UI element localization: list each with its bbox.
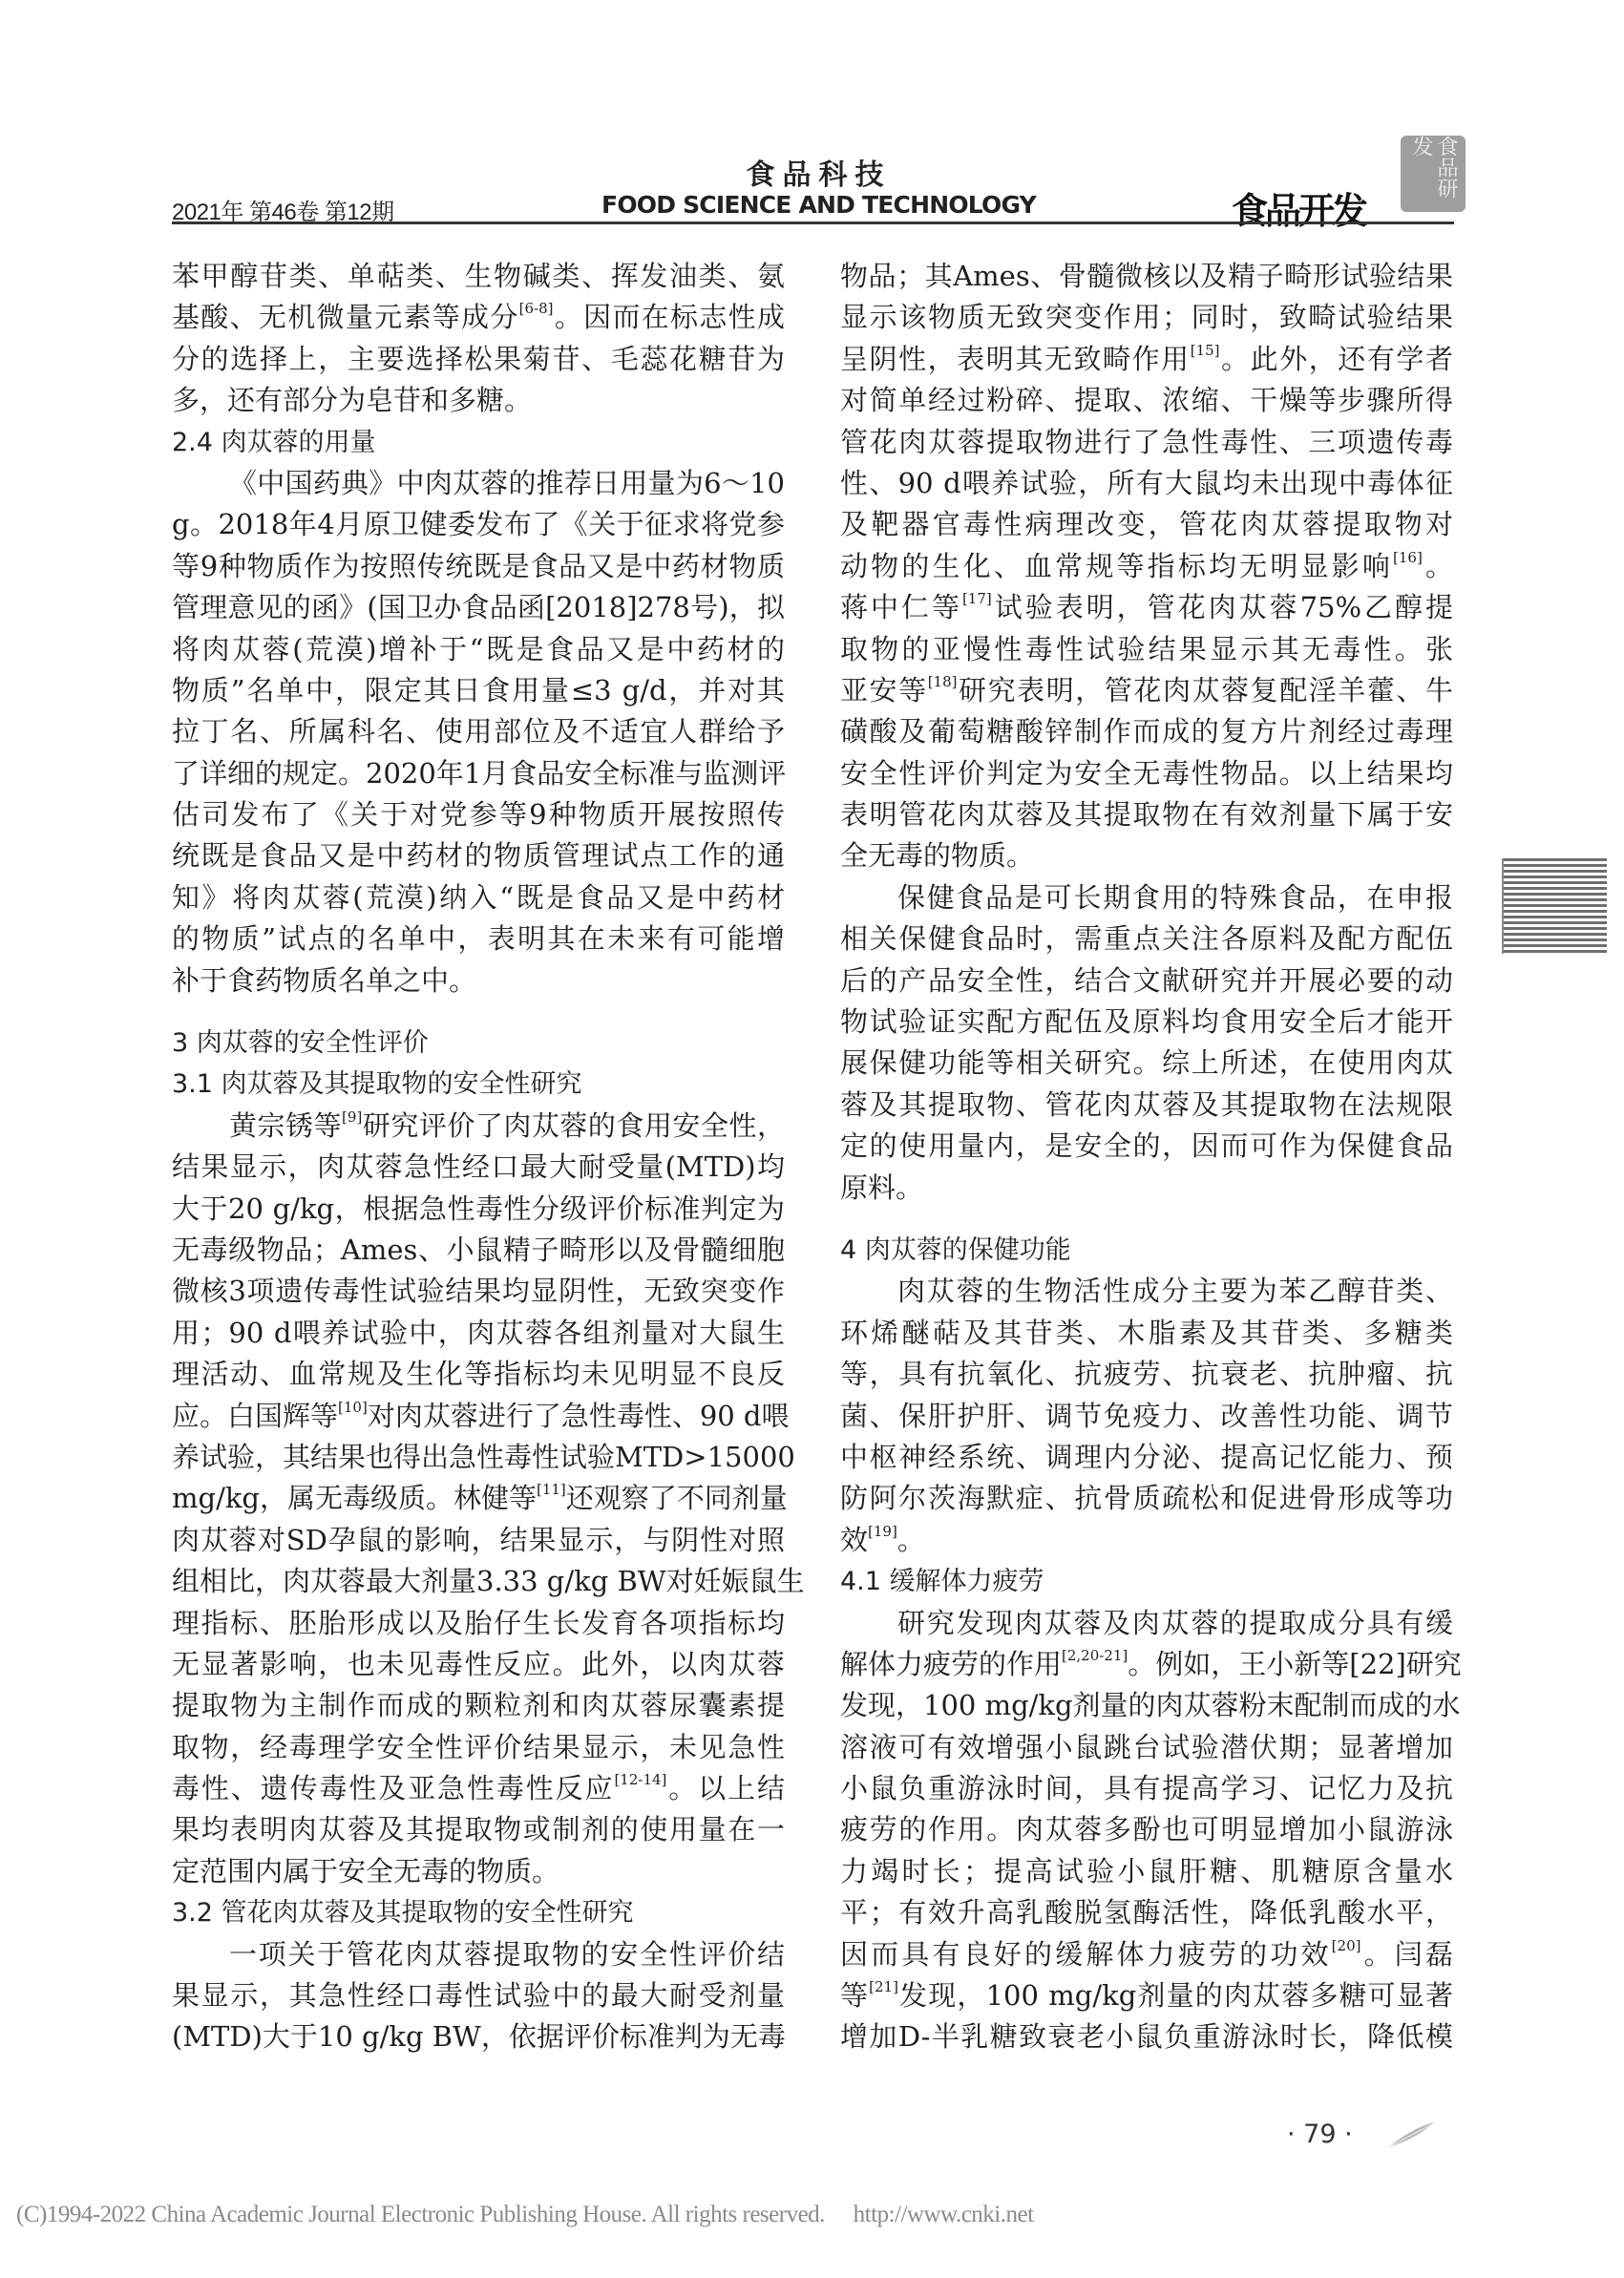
line-text: 磺酸及葡萄糖酸锌制作而成的复方片剂经过毒理 — [840, 715, 1453, 748]
line-text: 小鼠负重游泳时间，具有提高学习、记忆力及抗 — [840, 1772, 1453, 1804]
text-line: 肉苁蓉的生物活性成分主要为苯乙醇苷类、 — [840, 1271, 1453, 1312]
text-line: 菌、保肝护肝、调节免疫力、改善性功能、调节 — [840, 1396, 1453, 1437]
line-text: 原料。 — [840, 1171, 923, 1204]
line-text: 果显示，其急性经口毒性试验中的最大耐受剂量 — [172, 1979, 785, 2012]
text-line: g。2018年4月原卫健委发布了《关于征求将党参 — [172, 504, 785, 545]
line-text: 将肉苁蓉(荒漠)增补于“既是食品又是中药材的 — [172, 633, 785, 665]
line-text: 安全性评价判定为安全无毒性物品。以上结果均 — [840, 757, 1453, 790]
line-text-continued: 。此外，还有学者 — [1220, 343, 1453, 375]
citation-ref: [18] — [928, 673, 958, 690]
line-text: 显示该物质无致突变作用；同时，致畸试验结果 — [840, 301, 1453, 333]
text-line: 提取物为主制作而成的颗粒剂和肉苁蓉尿囊素提 — [172, 1685, 785, 1726]
text-line: 多，还有部分为皂苷和多糖。 — [172, 380, 785, 421]
line-text-continued: 对肉苁蓉进行了急性毒性、90 d喂 — [368, 1400, 790, 1432]
text-line: 苯甲醇苷类、单萜类、生物碱类、挥发油类、氨 — [172, 256, 785, 297]
line-text: 等，具有抗氧化、抗疲劳、抗衰老、抗肿瘤、抗 — [840, 1358, 1453, 1390]
text-line: 补于食药物质名单之中。 — [172, 960, 785, 1002]
citation-ref: [16] — [1393, 549, 1423, 566]
line-text: 用；90 d喂养试验中，肉苁蓉各组剂量对大鼠生 — [172, 1317, 785, 1349]
text-line: 相关保健食品时，需重点关注各原料及配方配伍 — [840, 918, 1453, 960]
text-line: 一项关于管花肉苁蓉提取物的安全性评价结 — [172, 1934, 785, 1975]
line-text: 中枢神经系统、调理内分泌、提高记忆能力、预 — [840, 1441, 1453, 1473]
line-text: 发现，100 mg/kg剂量的肉苁蓉粉末配制而成的水 — [840, 1689, 1461, 1721]
text-line: 因而具有良好的缓解体力疲劳的功效[20]。闫磊 — [840, 1934, 1453, 1975]
subsection-heading: 3.1 肉苁蓉及其提取物的安全性研究 — [172, 1064, 785, 1105]
text-line: 等[21]发现，100 mg/kg剂量的肉苁蓉多糖可显著 — [840, 1975, 1453, 2016]
line-text: 等9种物质作为按照传统既是食品又是中药材物质 — [172, 550, 785, 582]
line-text: 的物质”试点的名单中，表明其在未来有可能增 — [172, 922, 785, 955]
text-line: 发现，100 mg/kg剂量的肉苁蓉粉末配制而成的水 — [840, 1685, 1453, 1726]
copyright-footer: (C)1994-2022 China Academic Journal Elec… — [16, 2202, 1034, 2228]
citation-ref: [9] — [342, 1108, 362, 1126]
line-text: 研究发现肉苁蓉及肉苁蓉的提取成分具有缓 — [897, 1607, 1453, 1639]
line-text: 分的选择上，主要选择松果菊苷、毛蕊花糖苷为 — [172, 343, 785, 375]
feather-icon — [1386, 2121, 1436, 2148]
line-text: 平；有效升高乳酸脱氢酶活性，降低乳酸水平， — [840, 1896, 1453, 1929]
line-text: 大于20 g/kg，根据急性毒性分级评价标准判定为 — [172, 1192, 785, 1225]
line-text: 呈阴性，表明其无致畸作用 — [840, 343, 1191, 375]
line-text-continued: 。 — [1423, 550, 1453, 582]
line-text: 了详细的规定。2020年1月食品安全标准与监测评 — [172, 757, 786, 790]
text-line: 果均表明肉苁蓉及其提取物或制剂的使用量在一 — [172, 1809, 785, 1850]
text-line: 后的产品安全性，结合文献研究并开展必要的动 — [840, 960, 1453, 1002]
line-text: 动物的生化、血常规等指标均无明显影响 — [840, 550, 1393, 582]
text-line: 养试验，其结果也得出急性毒性试验MTD>15000 — [172, 1437, 785, 1478]
line-text: 《中国药典》中肉苁蓉的推荐日用量为6～10 — [229, 467, 785, 499]
text-line: 环烯醚萜及其苷类、木脂素及其苷类、多糖类 — [840, 1313, 1453, 1354]
text-line: 管花肉苁蓉提取物进行了急性毒性、三项遗传毒 — [840, 422, 1453, 463]
text-line: 肉苁蓉对SD孕鼠的影响，结果显示，与阴性对照 — [172, 1520, 785, 1561]
line-text-continued: 。 — [897, 1524, 925, 1556]
copyright-text: (C)1994-2022 China Academic Journal Elec… — [16, 2202, 825, 2227]
text-line: 无毒级物品；Ames、小鼠精子畸形以及骨髓细胞 — [172, 1230, 785, 1271]
line-text: 亚安等 — [840, 674, 928, 707]
line-text: 性、90 d喂养试验，所有大鼠均未出现中毒体征 — [840, 467, 1453, 499]
section-tab-marker — [1502, 858, 1607, 954]
citation-ref: [10] — [338, 1399, 368, 1416]
text-line: 保健食品是可长期食用的特殊食品，在申报 — [840, 877, 1453, 918]
line-text: 疲劳的作用。肉苁蓉多酚也可明显增加小鼠游泳 — [840, 1813, 1453, 1846]
text-line: 平；有效升高乳酸脱氢酶活性，降低乳酸水平， — [840, 1892, 1453, 1933]
line-text-continued: 试验表明，管花肉苁蓉75%乙醇提 — [992, 591, 1453, 623]
section-heading: 4 肉苁蓉的保健功能 — [840, 1230, 1453, 1271]
line-text: 防阿尔茨海默症、抗骨质疏松和促进骨形成等功 — [840, 1482, 1453, 1514]
text-line: 结果显示，肉苁蓉急性经口最大耐受量(MTD)均 — [172, 1147, 785, 1188]
text-line: 微核3项遗传毒性试验结果均显阴性，无致突变作 — [172, 1271, 785, 1312]
line-text: 等 — [840, 1979, 869, 2012]
line-text-continued: 发现，100 mg/kg剂量的肉苁蓉多糖可显著 — [898, 1979, 1453, 2012]
text-line: 防阿尔茨海默症、抗骨质疏松和促进骨形成等功 — [840, 1478, 1453, 1519]
right-column: 物品；其Ames、骨髓微核以及精子畸形试验结果显示该物质无致突变作用；同时，致畸… — [840, 256, 1453, 2058]
citation-ref: [6-8] — [519, 300, 554, 317]
line-text-continued: 。例如，王小新等[22]研究 — [1128, 1648, 1462, 1680]
page-number: · 79 · — [1287, 2120, 1353, 2149]
left-column: 苯甲醇苷类、单萜类、生物碱类、挥发油类、氨基酸、无机微量元素等成分[6-8]。因… — [172, 256, 785, 2058]
text-line: 毒性、遗传毒性及亚急性毒性反应[12-14]。以上结 — [172, 1768, 785, 1809]
line-text: mg/kg，属无毒级质。林健等 — [172, 1482, 537, 1514]
line-text: 解体力疲劳的作用 — [840, 1648, 1062, 1680]
text-line: 分的选择上，主要选择松果菊苷、毛蕊花糖苷为 — [172, 339, 785, 380]
line-text: 一项关于管花肉苁蓉提取物的安全性评价结 — [229, 1938, 785, 1971]
text-line: 物质”名单中，限定其日食用量≤3 g/d，并对其 — [172, 670, 785, 711]
text-line: 了详细的规定。2020年1月食品安全标准与监测评 — [172, 753, 785, 794]
text-line: 表明管花肉苁蓉及其提取物在有效剂量下属于安 — [840, 794, 1453, 835]
text-line: 取物的亚慢性毒性试验结果显示其无毒性。张 — [840, 629, 1453, 670]
text-line: (MTD)大于10 g/kg BW，依据评价标准判为无毒 — [172, 2016, 785, 2057]
text-line: 磺酸及葡萄糖酸锌制作而成的复方片剂经过毒理 — [840, 711, 1453, 752]
line-text: 表明管花肉苁蓉及其提取物在有效剂量下属于安 — [840, 798, 1453, 831]
line-text: 物质”名单中，限定其日食用量≤3 g/d，并对其 — [172, 674, 785, 707]
text-line: 将肉苁蓉(荒漠)增补于“既是食品又是中药材的 — [172, 629, 785, 670]
line-text: 及靶器官毒性病理改变，管花肉苁蓉提取物对 — [840, 508, 1453, 540]
text-line: 动物的生化、血常规等指标均无明显影响[16]。 — [840, 546, 1453, 587]
line-text: 基酸、无机微量元素等成分 — [172, 301, 519, 333]
column-name: 食品开发 — [1232, 181, 1365, 234]
subsection-heading: 2.4 肉苁蓉的用量 — [172, 422, 785, 463]
line-text: 3.2 管花肉苁蓉及其提取物的安全性研究 — [172, 1898, 634, 1928]
text-line: 组相比，肉苁蓉最大剂量3.33 g/kg BW对妊娠鼠生 — [172, 1561, 785, 1602]
line-text-continued: 。闫磊 — [1360, 1938, 1453, 1971]
line-text: g。2018年4月原卫健委发布了《关于征求将党参 — [172, 508, 785, 540]
text-line: 解体力疲劳的作用[2,20-21]。例如，王小新等[22]研究 — [840, 1644, 1453, 1685]
line-text: 定范围内属于安全无毒的物质。 — [172, 1855, 559, 1888]
text-line: 基酸、无机微量元素等成分[6-8]。因而在标志性成 — [172, 297, 785, 338]
text-line: 疲劳的作用。肉苁蓉多酚也可明显增加小鼠游泳 — [840, 1809, 1453, 1850]
text-line: 定范围内属于安全无毒的物质。 — [172, 1851, 785, 1892]
text-line: 展保健功能等相关研究。综上所述，在使用肉苁 — [840, 1043, 1453, 1084]
line-text-continued: 研究表明，管花肉苁蓉复配淫羊藿、牛 — [957, 674, 1453, 707]
line-text: 因而具有良好的缓解体力疲劳的功效 — [840, 1938, 1332, 1971]
line-text: 结果显示，肉苁蓉急性经口最大耐受量(MTD)均 — [172, 1150, 785, 1183]
line-text-continued: 。以上结 — [666, 1772, 785, 1804]
cnki-link[interactable]: http://www.cnki.net — [854, 2202, 1034, 2227]
text-line: 估司发布了《关于对党参等9种物质开展按照传 — [172, 794, 785, 835]
line-text: 2.4 肉苁蓉的用量 — [172, 428, 376, 457]
citation-ref: [2,20-21] — [1062, 1647, 1128, 1664]
line-text: 对简单经过粉碎、提取、浓缩、干燥等步骤所得 — [840, 384, 1453, 416]
text-line: 性、90 d喂养试验，所有大鼠均未出现中毒体征 — [840, 463, 1453, 504]
line-text: 管理意见的函》(国卫办食品函[2018]278号)，拟 — [172, 591, 785, 623]
text-line: 拉丁名、所属科名、使用部位及不适宜人群给予 — [172, 711, 785, 752]
line-text: 提取物为主制作而成的颗粒剂和肉苁蓉尿囊素提 — [172, 1689, 785, 1721]
text-line: 理活动、血常规及生化等指标均未见明显不良反 — [172, 1354, 785, 1395]
text-line: 物品；其Ames、骨髓微核以及精子畸形试验结果 — [840, 256, 1453, 297]
line-text: 展保健功能等相关研究。综上所述，在使用肉苁 — [840, 1046, 1453, 1079]
text-line: mg/kg，属无毒级质。林健等[11]还观察了不同剂量 — [172, 1478, 785, 1519]
text-line: 安全性评价判定为安全无毒性物品。以上结果均 — [840, 753, 1453, 794]
text-line: 全无毒的物质。 — [840, 835, 1453, 876]
text-line: 取物，经毒理学安全性评价结果显示，未见急性 — [172, 1727, 785, 1768]
text-line: 溶液可有效增强小鼠跳台试验潜伏期；显著增加 — [840, 1727, 1453, 1768]
line-text: (MTD)大于10 g/kg BW，依据评价标准判为无毒 — [172, 2020, 786, 2053]
line-text: 应。白国辉等 — [172, 1400, 338, 1432]
text-line: 无显著影响，也未见毒性反应。此外，以肉苁蓉 — [172, 1644, 785, 1685]
text-line: 果显示，其急性经口毒性试验中的最大耐受剂量 — [172, 1975, 785, 2016]
subsection-heading: 4.1 缓解体力疲劳 — [840, 1561, 1453, 1602]
text-line: 及靶器官毒性病理改变，管花肉苁蓉提取物对 — [840, 504, 1453, 545]
text-line: 研究发现肉苁蓉及肉苁蓉的提取成分具有缓 — [840, 1603, 1453, 1644]
line-text-continued: 还观察了不同剂量 — [566, 1482, 788, 1514]
text-line: 管理意见的函》(国卫办食品函[2018]278号)，拟 — [172, 587, 785, 628]
line-text: 拉丁名、所属科名、使用部位及不适宜人群给予 — [172, 715, 785, 748]
text-line: 亚安等[18]研究表明，管花肉苁蓉复配淫羊藿、牛 — [840, 670, 1453, 711]
citation-ref: [19] — [868, 1523, 897, 1540]
line-text: 养试验，其结果也得出急性毒性试验MTD>15000 — [172, 1441, 795, 1473]
seal-logo-icon: 食品研发 — [1401, 136, 1466, 212]
page-header: 2021年 第46卷 第12期 食品科技 FOOD SCIENCE AND TE… — [172, 143, 1466, 220]
line-text: 3.1 肉苁蓉及其提取物的安全性研究 — [172, 1069, 582, 1099]
text-line: 用；90 d喂养试验中，肉苁蓉各组剂量对大鼠生 — [172, 1313, 785, 1354]
line-text: 效 — [840, 1524, 868, 1556]
line-text: 理指标、胚胎形成以及胎仔生长发育各项指标均 — [172, 1607, 785, 1639]
header-rule — [172, 221, 1454, 224]
line-text: 取物的亚慢性毒性试验结果显示其无毒性。张 — [840, 633, 1453, 665]
line-text: 无毒级物品；Ames、小鼠精子畸形以及骨髓细胞 — [172, 1234, 785, 1266]
text-line: 知》将肉苁蓉(荒漠)纳入“既是食品又是中药材 — [172, 877, 785, 918]
line-text: 蒋中仁等 — [840, 591, 962, 623]
line-text: 4 肉苁蓉的保健功能 — [840, 1235, 1071, 1265]
line-text: 肉苁蓉对SD孕鼠的影响，结果显示，与阴性对照 — [172, 1524, 785, 1556]
line-text: 果均表明肉苁蓉及其提取物或制剂的使用量在一 — [172, 1813, 785, 1846]
line-text: 理活动、血常规及生化等指标均未见明显不良反 — [172, 1358, 785, 1390]
line-text: 4.1 缓解体力疲劳 — [840, 1567, 1044, 1596]
text-line: 理指标、胚胎形成以及胎仔生长发育各项指标均 — [172, 1603, 785, 1644]
text-line: 显示该物质无致突变作用；同时，致畸试验结果 — [840, 297, 1453, 338]
text-line: 统既是食品又是中药材的物质管理试点工作的通 — [172, 835, 785, 876]
citation-ref: [12-14] — [614, 1771, 666, 1788]
line-text-continued: 研究评价了肉苁蓉的食用安全性， — [362, 1109, 785, 1142]
line-text: 估司发布了《关于对党参等9种物质开展按照传 — [172, 798, 785, 831]
text-line: 定的使用量内，是安全的，因而可作为保健食品 — [840, 1126, 1453, 1167]
line-text: 无显著影响，也未见毒性反应。此外，以肉苁蓉 — [172, 1648, 785, 1680]
line-text: 3 肉苁蓉的安全性评价 — [172, 1028, 429, 1058]
section-gap — [840, 1209, 1453, 1230]
line-text: 全无毒的物质。 — [840, 839, 1034, 872]
text-line: 对简单经过粉碎、提取、浓缩、干燥等步骤所得 — [840, 380, 1453, 421]
text-line: 小鼠负重游泳时间，具有提高学习、记忆力及抗 — [840, 1768, 1453, 1809]
line-text: 苯甲醇苷类、单萜类、生物碱类、挥发油类、氨 — [172, 260, 785, 292]
line-text: 统既是食品又是中药材的物质管理试点工作的通 — [172, 839, 785, 872]
text-line: 应。白国辉等[10]对肉苁蓉进行了急性毒性、90 d喂 — [172, 1396, 785, 1437]
text-line: 呈阴性，表明其无致畸作用[15]。此外，还有学者 — [840, 339, 1453, 380]
text-line: 蒋中仁等[17]试验表明，管花肉苁蓉75%乙醇提 — [840, 587, 1453, 628]
line-text: 保健食品是可长期食用的特殊食品，在申报 — [897, 881, 1453, 914]
citation-ref: [20] — [1332, 1937, 1361, 1954]
line-text: 管花肉苁蓉提取物进行了急性毒性、三项遗传毒 — [840, 426, 1453, 458]
line-text: 组相比，肉苁蓉最大剂量3.33 g/kg BW对妊娠鼠生 — [172, 1565, 805, 1597]
line-text: 相关保健食品时，需重点关注各原料及配方配伍 — [840, 922, 1453, 955]
text-line: 等，具有抗氧化、抗疲劳、抗衰老、抗肿瘤、抗 — [840, 1354, 1453, 1395]
line-text: 知》将肉苁蓉(荒漠)纳入“既是食品又是中药材 — [172, 881, 785, 914]
citation-ref: [11] — [537, 1481, 566, 1498]
citation-ref: [21] — [869, 1978, 898, 1995]
line-text: 蓉及其提取物、管花肉苁蓉及其提取物在法规限 — [840, 1088, 1453, 1121]
line-text: 微核3项遗传毒性试验结果均显阴性，无致突变作 — [172, 1275, 785, 1307]
text-line: 原料。 — [840, 1168, 1453, 1209]
line-text: 溶液可有效增强小鼠跳台试验潜伏期；显著增加 — [840, 1731, 1453, 1763]
subsection-heading: 3.2 管花肉苁蓉及其提取物的安全性研究 — [172, 1892, 785, 1933]
line-text: 物品；其Ames、骨髓微核以及精子畸形试验结果 — [840, 260, 1453, 292]
line-text: 补于食药物质名单之中。 — [172, 964, 476, 997]
text-line: 力竭时长；提高试验小鼠肝糖、肌糖原含量水 — [840, 1851, 1453, 1892]
citation-ref: [17] — [962, 590, 992, 607]
text-line: 大于20 g/kg，根据急性毒性分级评价标准判定为 — [172, 1189, 785, 1230]
text-line: 蓉及其提取物、管花肉苁蓉及其提取物在法规限 — [840, 1085, 1453, 1126]
text-line: 效[19]。 — [840, 1520, 1453, 1561]
line-text: 环烯醚萜及其苷类、木脂素及其苷类、多糖类 — [840, 1317, 1453, 1349]
text-line: 《中国药典》中肉苁蓉的推荐日用量为6～10 — [172, 463, 785, 504]
line-text: 黄宗锈等 — [229, 1109, 342, 1142]
line-text: 增加D-半乳糖致衰老小鼠负重游泳时长，降低模 — [840, 2020, 1453, 2053]
line-text-continued: 。因而在标志性成 — [554, 301, 785, 333]
section-gap — [172, 1002, 785, 1023]
section-heading: 3 肉苁蓉的安全性评价 — [172, 1023, 785, 1064]
text-line: 物试验证实配方配伍及原料均食用安全后才能开 — [840, 1002, 1453, 1043]
citation-ref: [15] — [1191, 342, 1220, 359]
text-line: 黄宗锈等[9]研究评价了肉苁蓉的食用安全性， — [172, 1106, 785, 1147]
line-text: 菌、保肝护肝、调节免疫力、改善性功能、调节 — [840, 1400, 1453, 1432]
text-line: 增加D-半乳糖致衰老小鼠负重游泳时长，降低模 — [840, 2016, 1453, 2057]
line-text: 多，还有部分为皂苷和多糖。 — [172, 384, 532, 416]
line-text: 后的产品安全性，结合文献研究并开展必要的动 — [840, 964, 1453, 997]
line-text: 物试验证实配方配伍及原料均食用安全后才能开 — [840, 1005, 1453, 1038]
line-text: 取物，经毒理学安全性评价结果显示，未见急性 — [172, 1731, 785, 1763]
line-text: 毒性、遗传毒性及亚急性毒性反应 — [172, 1772, 614, 1804]
line-text: 定的使用量内，是安全的，因而可作为保健食品 — [840, 1129, 1453, 1162]
text-line: 的物质”试点的名单中，表明其在未来有可能增 — [172, 918, 785, 960]
line-text: 力竭时长；提高试验小鼠肝糖、肌糖原含量水 — [840, 1855, 1453, 1888]
line-text: 肉苁蓉的生物活性成分主要为苯乙醇苷类、 — [897, 1275, 1453, 1307]
text-line: 中枢神经系统、调理内分泌、提高记忆能力、预 — [840, 1437, 1453, 1478]
text-line: 等9种物质作为按照传统既是食品又是中药材物质 — [172, 546, 785, 587]
